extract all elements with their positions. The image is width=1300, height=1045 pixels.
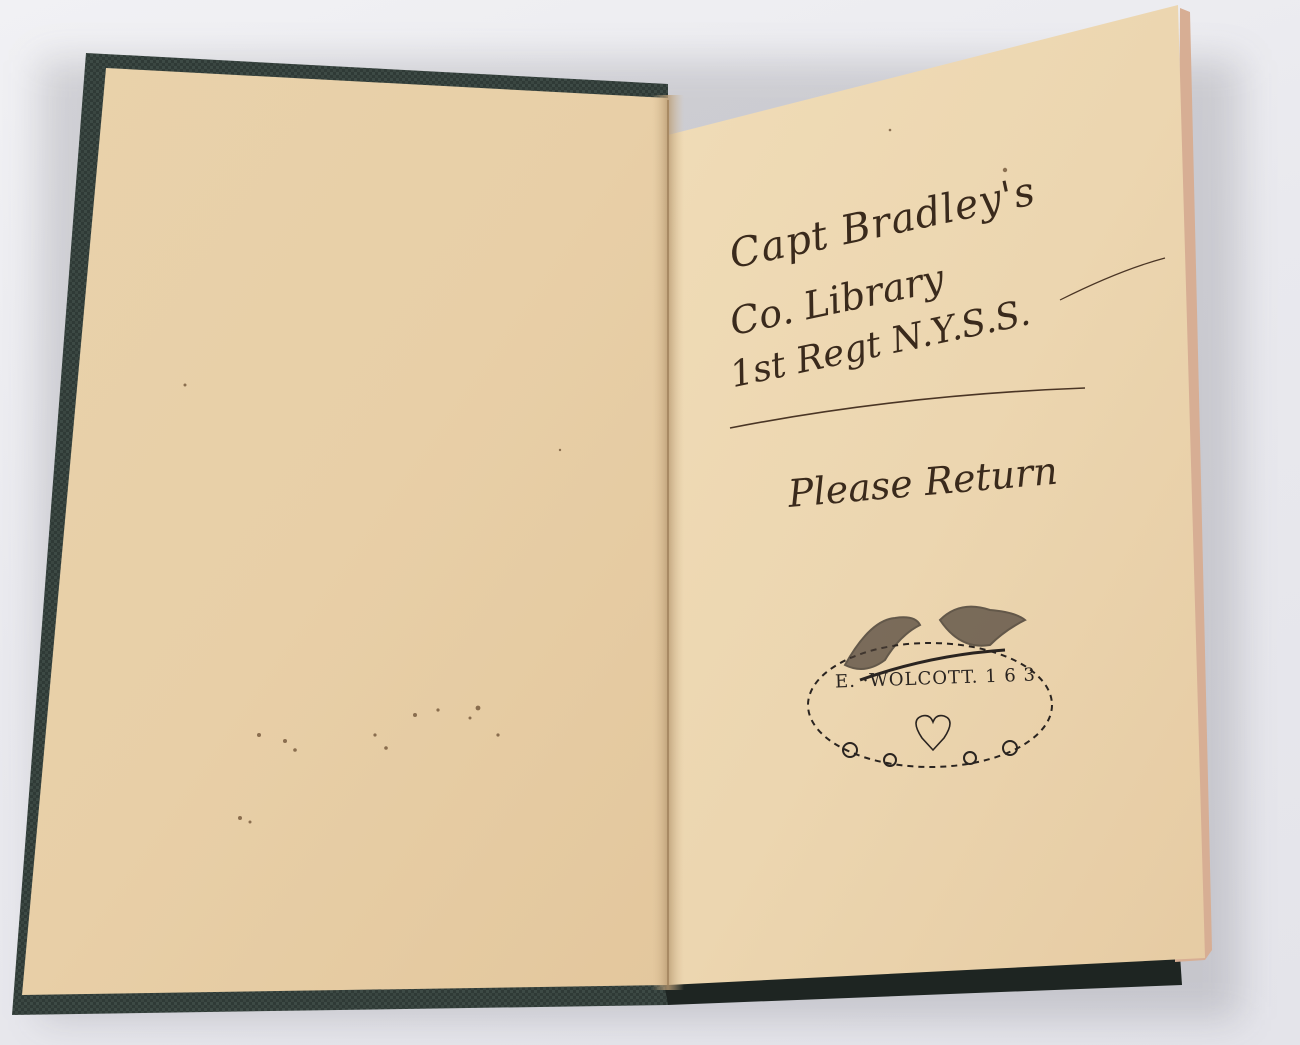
open-book [0, 0, 1300, 1045]
left-pastedown [22, 68, 668, 995]
book-photo: Capt Bradley's Co. Library 1st Regt N.Y.… [0, 0, 1300, 1045]
